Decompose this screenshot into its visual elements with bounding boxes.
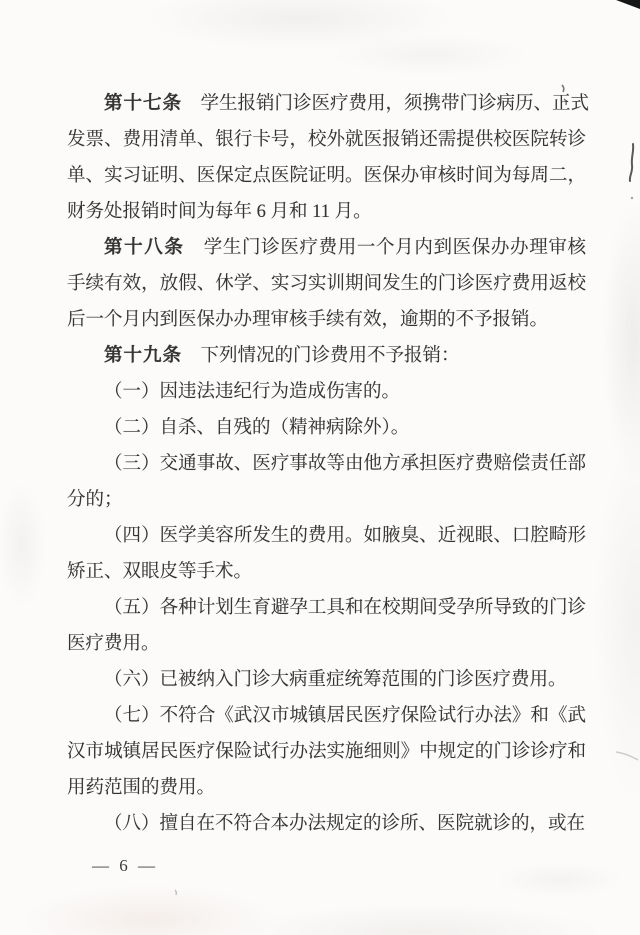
line-text: 医疗费用。 <box>67 634 160 654</box>
text-line: 单、实习证明、医保定点医院证明。医保办审核时间为每周二， <box>67 158 586 194</box>
line-text: 手续有效，放假、休学、实习实训期间发生的门诊医疗费用返校 <box>67 274 586 294</box>
article-number: 第十七条 <box>104 94 182 114</box>
line-text: 学生报销门诊医疗费用，须携带门诊病历、正式 <box>182 94 589 114</box>
text-line: （二）自杀、自残的（精神病除外）。 <box>67 410 586 446</box>
text-line: （八）擅自在不符合本办法规定的诊所、医院就诊的，或在 <box>67 806 586 842</box>
line-text: （六）已被纳入门诊大病重症统筹范围的门诊医疗费用。 <box>104 670 567 690</box>
line-text: （七）不符合《武汉市城镇居民医疗保险试行办法》和《武 <box>104 706 586 726</box>
page-number: — 6 — <box>92 856 158 876</box>
text-line: 发票、费用清单、银行卡号，校外就医报销还需提供校医院转诊 <box>67 122 586 158</box>
page-curl-line <box>616 752 638 760</box>
document-body: 第十七条 学生报销门诊医疗费用，须携带门诊病历、正式 发票、费用清单、银行卡号，… <box>67 86 586 842</box>
line-text: （五）各种计划生育避孕工具和在校期间受孕所导致的门诊 <box>104 598 586 618</box>
text-line: （一）因违法违纪行为造成伤害的。 <box>67 374 586 410</box>
text-line: 第十九条 下列情况的门诊费用不予报销： <box>67 338 586 374</box>
speck-icon <box>631 197 633 199</box>
text-line: （四）医学美容所发生的费用。如腋臭、近视眼、口腔畸形 <box>67 518 586 554</box>
text-line: 后一个月内到医保办办理审核手续有效，逾期的不予报销。 <box>67 302 586 338</box>
text-line: （七）不符合《武汉市城镇居民医疗保险试行办法》和《武 <box>67 698 586 734</box>
line-text: 分的； <box>67 490 123 510</box>
line-text: 单、实习证明、医保定点医院证明。医保办审核时间为每周二， <box>67 166 586 186</box>
text-line: （三）交通事故、医疗事故等由他方承担医疗费赔偿责任部 <box>67 446 586 482</box>
article-number: 第十八条 <box>104 238 185 258</box>
line-text: 汉市城镇居民医疗保险试行办法实施细则》中规定的门诊诊疗和 <box>67 742 586 762</box>
line-text: 下列情况的门诊费用不予报销： <box>182 346 460 366</box>
line-text: （八）擅自在不符合本办法规定的诊所、医院就诊的，或在 <box>104 814 585 834</box>
text-line: （五）各种计划生育避孕工具和在校期间受孕所导致的门诊 <box>67 590 586 626</box>
text-line: 矫正、双眼皮等手术。 <box>67 554 586 590</box>
line-text: 发票、费用清单、银行卡号，校外就医报销还需提供校医院转诊 <box>67 130 586 150</box>
line-text: 后一个月内到医保办办理审核手续有效，逾期的不予报销。 <box>67 310 548 330</box>
text-line: 财务处报销时间为每年 6 月和 11 月。 <box>67 194 586 230</box>
text-line: 手续有效，放假、休学、实习实训期间发生的门诊医疗费用返校 <box>67 266 586 302</box>
document-page: 第十七条 学生报销门诊医疗费用，须携带门诊病历、正式 发票、费用清单、银行卡号，… <box>0 0 640 935</box>
text-line: 分的； <box>67 482 586 518</box>
line-text: 用药范围的费用。 <box>67 778 215 798</box>
article-number: 第十九条 <box>104 346 182 366</box>
text-line: 用药范围的费用。 <box>67 770 586 806</box>
line-text: 财务处报销时间为每年 6 月和 11 月。 <box>67 202 372 222</box>
line-text: （四）医学美容所发生的费用。如腋臭、近视眼、口腔畸形 <box>104 526 586 546</box>
text-line: 第十七条 学生报销门诊医疗费用，须携带门诊病历、正式 <box>67 86 586 122</box>
scratch-mark-icon <box>630 144 633 181</box>
text-line: 第十八条 学生门诊医疗费用一个月内到医保办办理审核 <box>67 230 586 266</box>
line-text: （一）因违法违纪行为造成伤害的。 <box>104 382 400 402</box>
line-text: （三）交通事故、医疗事故等由他方承担医疗费赔偿责任部 <box>104 454 586 474</box>
scan-corner-mark <box>614 0 640 9</box>
line-text: 学生门诊医疗费用一个月内到医保办办理审核 <box>185 238 586 258</box>
text-line: 汉市城镇居民医疗保险试行办法实施细则》中规定的门诊诊疗和 <box>67 734 586 770</box>
line-text: （二）自杀、自残的（精神病除外）。 <box>104 418 409 438</box>
line-text: 矫正、双眼皮等手术。 <box>67 562 252 582</box>
text-line: 医疗费用。 <box>67 626 586 662</box>
speck-icon <box>175 890 176 895</box>
text-line: （六）已被纳入门诊大病重症统筹范围的门诊医疗费用。 <box>67 662 586 698</box>
